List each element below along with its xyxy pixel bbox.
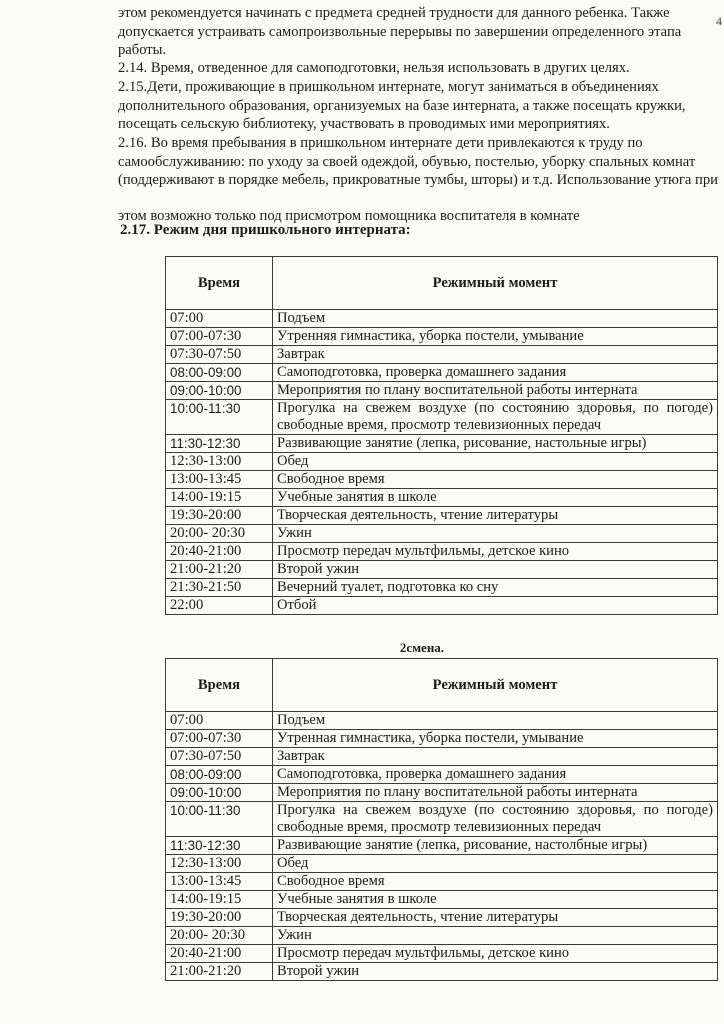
- cell-activity: Второй ужин: [273, 963, 718, 981]
- table-row: 08:00-09:00Самоподготовка, проверка дома…: [166, 364, 718, 382]
- paragraph-2-14: 2.14. Время, отведенное для самоподготов…: [118, 59, 718, 78]
- column-header-time: Время: [166, 257, 273, 310]
- table-row: 08:00-09:00Самоподготовка, проверка дома…: [166, 766, 718, 784]
- cell-activity: Завтрак: [273, 346, 718, 364]
- cell-time: 10:00-11:30: [166, 802, 273, 837]
- column-header-activity: Режимный момент: [273, 659, 718, 712]
- table-row: 10:00-11:30Прогулка на свежем воздухе (п…: [166, 802, 718, 837]
- cell-activity: Творческая деятельность, чтение литерату…: [273, 909, 718, 927]
- cell-time: 08:00-09:00: [166, 364, 273, 382]
- cell-activity: Мероприятия по плану воспитательной рабо…: [273, 784, 718, 802]
- cell-activity: Отбой: [273, 597, 718, 615]
- table-row: 14:00-19:15Учебные занятия в школе: [166, 489, 718, 507]
- cell-activity: Свободное время: [273, 873, 718, 891]
- table-row: 07:00-07:30Утренняя гимнастика, уборка п…: [166, 328, 718, 346]
- table-header-row: Время Режимный момент: [166, 659, 718, 712]
- table-row: 07:00-07:30Утренная гимнастика, уборка п…: [166, 730, 718, 748]
- cell-time: 14:00-19:15: [166, 489, 273, 507]
- cell-time: 20:40-21:00: [166, 945, 273, 963]
- cell-time: 10:00-11:30: [166, 400, 273, 435]
- table-row: 21:30-21:50Вечерний туалет, подготовка к…: [166, 579, 718, 597]
- table-row: 11:30-12:30Развивающие занятие (лепка, р…: [166, 837, 718, 855]
- cell-time: 13:00-13:45: [166, 471, 273, 489]
- table-row: 21:00-21:20Второй ужин: [166, 963, 718, 981]
- cell-time: 11:30-12:30: [166, 837, 273, 855]
- cell-activity: Ужин: [273, 927, 718, 945]
- cell-time: 07:00-07:30: [166, 730, 273, 748]
- table-row: 09:00-10:00Мероприятия по плану воспитат…: [166, 382, 718, 400]
- cell-activity: Самоподготовка, проверка домашнего задан…: [273, 766, 718, 784]
- cell-activity: Завтрак: [273, 748, 718, 766]
- cell-time: 12:30-13:00: [166, 453, 273, 471]
- cell-time: 07:00: [166, 712, 273, 730]
- column-header-activity: Режимный момент: [273, 257, 718, 310]
- cell-time: 20:00- 20:30: [166, 927, 273, 945]
- table-row: 20:00- 20:30Ужин: [166, 525, 718, 543]
- table-row: 07:00Подъем: [166, 310, 718, 328]
- table-row: 07:30-07:50Завтрак: [166, 748, 718, 766]
- cell-time: 19:30-20:00: [166, 909, 273, 927]
- shift-2-label: 2смена.: [60, 640, 724, 656]
- paragraph-2-15: 2.15.Дети, проживающие в пришкольном инт…: [118, 78, 718, 134]
- cell-activity: Развивающие занятие (лепка, рисование, н…: [273, 435, 718, 453]
- table-row: 14:00-19:15Учебные занятия в школе: [166, 891, 718, 909]
- cell-activity: Творческая деятельность, чтение литерату…: [273, 507, 718, 525]
- column-header-time: Время: [166, 659, 273, 712]
- cell-time: 20:00- 20:30: [166, 525, 273, 543]
- cell-time: 07:00-07:30: [166, 328, 273, 346]
- cell-activity: Просмотр передач мультфильмы, детское ки…: [273, 543, 718, 561]
- table-row: 10:00-11:30Прогулка на свежем воздухе (п…: [166, 400, 718, 435]
- cell-activity: Ужин: [273, 525, 718, 543]
- cell-activity: Развивающие занятие (лепка, рисование, н…: [273, 837, 718, 855]
- cell-activity: Свободное время: [273, 471, 718, 489]
- table-row: 19:30-20:00Творческая деятельность, чтен…: [166, 507, 718, 525]
- cell-time: 21:00-21:20: [166, 963, 273, 981]
- table-row: 19:30-20:00Творческая деятельность, чтен…: [166, 909, 718, 927]
- table-row: 09:00-10:00Мероприятия по плану воспитат…: [166, 784, 718, 802]
- section-heading-2-17: 2.17. Режим дня пришкольного интерната:: [120, 222, 411, 239]
- cell-time: 08:00-09:00: [166, 766, 273, 784]
- cell-time: 12:30-13:00: [166, 855, 273, 873]
- table-row: 12:30-13:00Обед: [166, 453, 718, 471]
- cell-time: 22:00: [166, 597, 273, 615]
- cell-activity: Прогулка на свежем воздухе (по состоянию…: [273, 400, 718, 435]
- cell-time: 07:30-07:50: [166, 748, 273, 766]
- table-row: 07:00Подъем: [166, 712, 718, 730]
- cell-time: 07:30-07:50: [166, 346, 273, 364]
- table-row: 22:00Отбой: [166, 597, 718, 615]
- cell-activity: Учебные занятия в школе: [273, 489, 718, 507]
- table-header-row: Время Режимный момент: [166, 257, 718, 310]
- cell-time: 09:00-10:00: [166, 784, 273, 802]
- cell-time: 07:00: [166, 310, 273, 328]
- cell-activity: Подъем: [273, 712, 718, 730]
- cell-activity: Второй ужин: [273, 561, 718, 579]
- table-row: 07:30-07:50Завтрак: [166, 346, 718, 364]
- cell-activity: Учебные занятия в школе: [273, 891, 718, 909]
- cell-time: 09:00-10:00: [166, 382, 273, 400]
- table-row: 13:00-13:45Свободное время: [166, 873, 718, 891]
- cell-activity: Вечерний туалет, подготовка ко сну: [273, 579, 718, 597]
- cell-time: 21:30-21:50: [166, 579, 273, 597]
- cell-time: 13:00-13:45: [166, 873, 273, 891]
- cell-activity: Обед: [273, 453, 718, 471]
- table-row: 12:30-13:00Обед: [166, 855, 718, 873]
- cell-time: 11:30-12:30: [166, 435, 273, 453]
- cell-time: 19:30-20:00: [166, 507, 273, 525]
- schedule-table-shift-2: Время Режимный момент 07:00Подъем07:00-0…: [165, 658, 718, 981]
- cell-activity: Прогулка на свежем воздухе (по состоянию…: [273, 802, 718, 837]
- cell-activity: Подъем: [273, 310, 718, 328]
- cell-activity: Утренняя гимнастика, уборка постели, умы…: [273, 328, 718, 346]
- cell-activity: Самоподготовка, проверка домашнего задан…: [273, 364, 718, 382]
- cell-time: 14:00-19:15: [166, 891, 273, 909]
- paragraph-intro: этом рекомендуется начинать с предмета с…: [118, 4, 718, 60]
- paragraph-2-16: 2.16. Во время пребывания в пришкольном …: [118, 134, 718, 190]
- document-page: 4 этом рекомендуется начинать с предмета…: [0, 0, 724, 1024]
- cell-activity: Мероприятия по плану воспитательной рабо…: [273, 382, 718, 400]
- table-row: 20:40-21:00Просмотр передач мультфильмы,…: [166, 945, 718, 963]
- table-row: 11:30-12:30Развивающие занятие (лепка, р…: [166, 435, 718, 453]
- schedule-table-shift-1: Время Режимный момент 07:00Подъем07:00-0…: [165, 256, 718, 615]
- table-row: 13:00-13:45Свободное время: [166, 471, 718, 489]
- cell-time: 21:00-21:20: [166, 561, 273, 579]
- table-row: 20:00- 20:30Ужин: [166, 927, 718, 945]
- table-row: 20:40-21:00Просмотр передач мультфильмы,…: [166, 543, 718, 561]
- cell-time: 20:40-21:00: [166, 543, 273, 561]
- cell-activity: Утренная гимнастика, уборка постели, умы…: [273, 730, 718, 748]
- cell-activity: Просмотр передач мультфильмы, детское ки…: [273, 945, 718, 963]
- table-row: 21:00-21:20Второй ужин: [166, 561, 718, 579]
- cell-activity: Обед: [273, 855, 718, 873]
